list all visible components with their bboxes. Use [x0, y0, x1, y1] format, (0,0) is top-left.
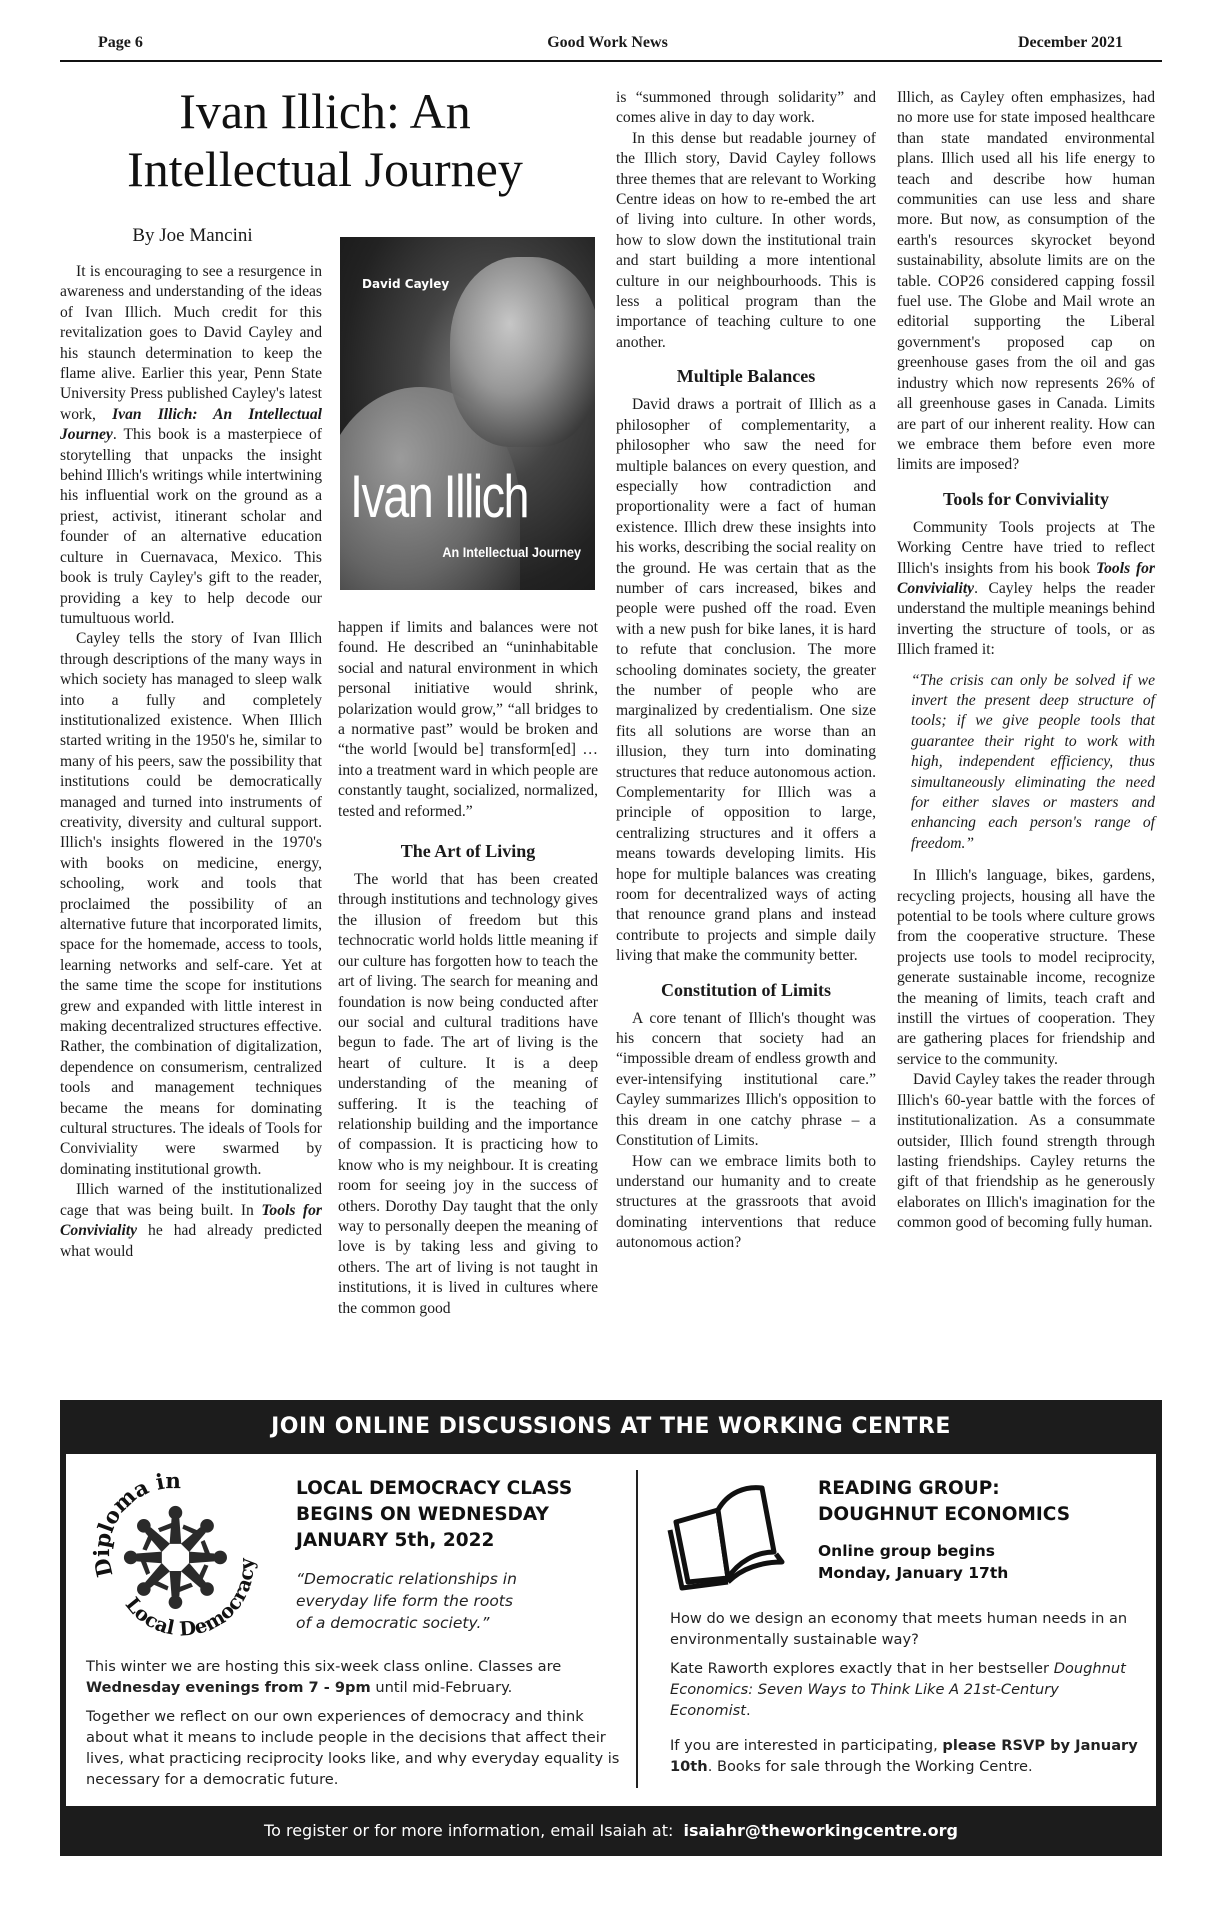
- open-book-icon: [666, 1482, 786, 1592]
- democracy-quote: “Democratic relationships in everyday li…: [296, 1568, 616, 1634]
- article-column-4: Illich, as Cayley often emphasizes, had …: [897, 88, 1155, 1234]
- section-heading: Tools for Conviviality: [897, 488, 1155, 510]
- article-title: Ivan Illich: An Intellectual Journey: [60, 82, 590, 198]
- section-heading: The Art of Living: [338, 840, 598, 862]
- footer-text: To register or for more information, ema…: [264, 1821, 673, 1840]
- paragraph: Community Tools projects at The Working …: [897, 518, 1155, 661]
- paragraph: happen if limits and balances were not f…: [338, 618, 598, 822]
- promo-box: JOIN ONLINE DISCUSSIONS AT THE WORKING C…: [60, 1400, 1162, 1856]
- cover-author: David Cayley: [362, 277, 449, 291]
- paragraph: Cayley tells the story of Ivan Illich th…: [60, 629, 322, 1180]
- block-quote: “The crisis can only be solved if we inv…: [911, 671, 1155, 855]
- section-heading: Constitution of Limits: [616, 979, 876, 1001]
- article-column-1: It is encouraging to see a resurgence in…: [60, 262, 322, 1262]
- header-rule: [60, 60, 1162, 62]
- paragraph: It is encouraging to see a resurgence in…: [60, 262, 322, 629]
- promo-content: Diploma in Local Democracy LOCAL DEMOCRA…: [66, 1454, 1156, 1806]
- cover-title: Ivan Illich: [350, 462, 528, 531]
- paragraph: is “summoned through solidarity” and com…: [616, 88, 876, 129]
- reading-group-description: How do we design an economy that meets h…: [670, 1608, 1140, 1785]
- reading-group-title: READING GROUP: DOUGHNUT ECONOMICS: [818, 1476, 1148, 1528]
- paragraph: The world that has been created through …: [338, 870, 598, 1319]
- title-line-2: Intellectual Journey: [60, 140, 590, 198]
- publication-name: Good Work News: [60, 34, 1155, 52]
- paragraph: David Cayley takes the reader through Il…: [897, 1070, 1155, 1233]
- cover-photo-face: [450, 257, 595, 447]
- paragraph: Illich warned of the institutionalized c…: [60, 1180, 322, 1262]
- column-divider: [636, 1470, 638, 1788]
- paragraph: David draws a portrait of Illich as a ph…: [616, 395, 876, 966]
- cover-subtitle: An Intellectual Journey: [442, 544, 581, 560]
- paragraph: Illich, as Cayley often emphasizes, had …: [897, 88, 1155, 476]
- promo-banner: JOIN ONLINE DISCUSSIONS AT THE WORKING C…: [60, 1400, 1162, 1454]
- paragraph: How can we embrace limits both to unders…: [616, 1152, 876, 1254]
- article-column-3: is “summoned through solidarity” and com…: [616, 88, 876, 1254]
- paragraph: In Illich's language, bikes, gardens, re…: [897, 866, 1155, 1070]
- democracy-description: This winter we are hosting this six-week…: [86, 1656, 626, 1798]
- paragraph: In this dense but readable journey of th…: [616, 129, 876, 353]
- article-column-2: happen if limits and balances were not f…: [338, 618, 598, 1319]
- diploma-local-democracy-logo-icon: Diploma in Local Democracy: [86, 1468, 261, 1643]
- issue-date: December 2021: [1018, 34, 1123, 52]
- contact-email-link[interactable]: isaiahr@theworkingcentre.org: [684, 1821, 958, 1840]
- section-heading: Multiple Balances: [616, 365, 876, 387]
- democracy-class-title: LOCAL DEMOCRACY CLASS BEGINS ON WEDNESDA…: [296, 1476, 616, 1554]
- svg-text:Diploma in: Diploma in: [90, 1469, 181, 1579]
- paragraph: A core tenant of Illich's thought was hi…: [616, 1009, 876, 1152]
- reading-group-start: Online group begins Monday, January 17th: [818, 1540, 1148, 1584]
- promo-footer: To register or for more information, ema…: [60, 1806, 1162, 1856]
- running-header: Page 6 Good Work News December 2021: [60, 30, 1155, 58]
- title-line-1: Ivan Illich: An: [60, 82, 590, 140]
- book-cover-image: David Cayley Ivan Illich An Intellectual…: [340, 237, 595, 590]
- byline: By Joe Mancini: [60, 225, 325, 247]
